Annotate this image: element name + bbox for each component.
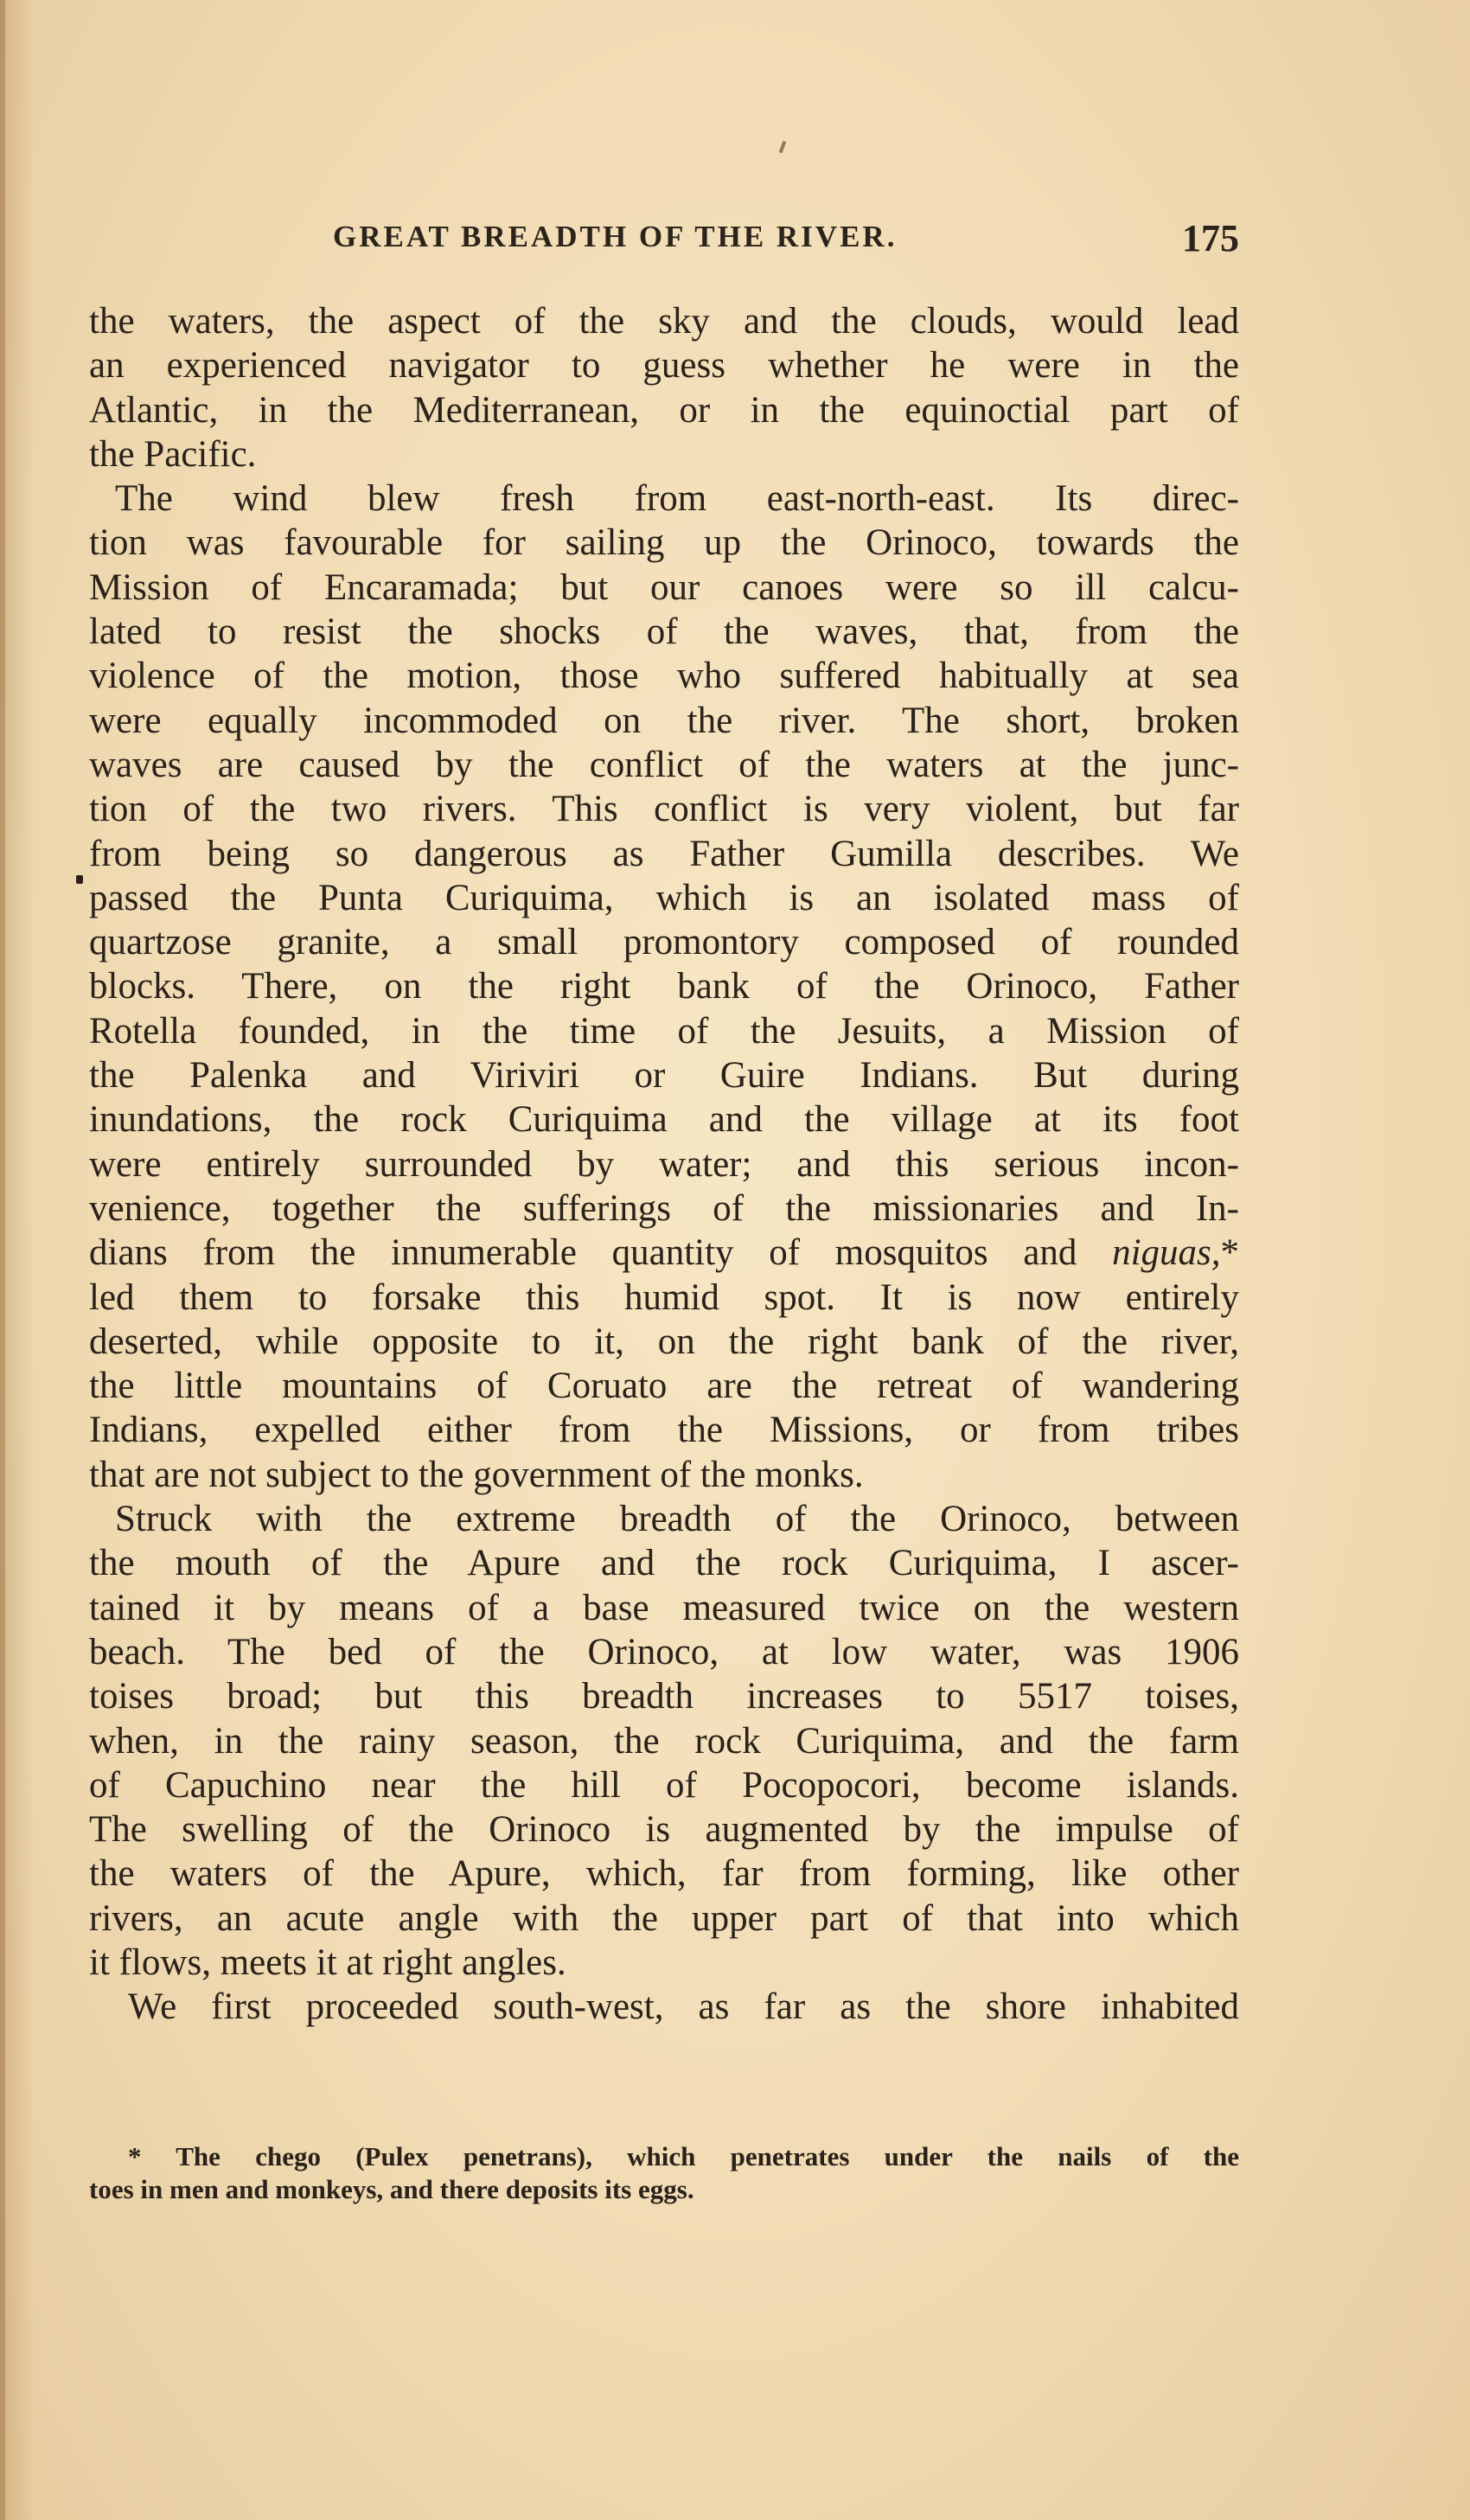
text-line: toises broad; but this breadth increases…	[89, 1674, 1239, 1718]
text-line: waves are caused by the conflict of the …	[89, 743, 1239, 787]
text-line: lated to resist the shocks of the waves,…	[89, 610, 1239, 654]
text-line: tained it by means of a base measured tw…	[89, 1586, 1239, 1630]
text-line: venience, together the sufferings of the…	[89, 1186, 1239, 1231]
text-line: rivers, an acute angle with the upper pa…	[89, 1896, 1239, 1941]
book-page: GREAT BREADTH OF THE RIVER. 175 the wate…	[0, 0, 1470, 2520]
text-line: were entirely surrounded by water; and t…	[89, 1142, 1239, 1186]
body-text: the waters, the aspect of the sky and th…	[89, 299, 1239, 2030]
text-line: passed the Punta Curiquima, which is an …	[89, 876, 1239, 920]
text-line: the mouth of the Apure and the rock Curi…	[89, 1541, 1239, 1585]
text-line: an experienced navigator to guess whethe…	[89, 343, 1239, 387]
italic-term: niguas,	[1112, 1232, 1220, 1273]
paragraph-start-line: Struck with the extreme breadth of the O…	[89, 1497, 1239, 1541]
footnote-line: * The chego (Pulex penetrans), which pen…	[89, 2140, 1239, 2173]
running-title: GREAT BREADTH OF THE RIVER.	[333, 220, 897, 254]
paper-blemish	[779, 141, 787, 154]
footnote-text: The chego (Pulex penetrans), which penet…	[176, 2141, 1239, 2171]
footnote-marker: *	[128, 2141, 142, 2171]
text-line: when, in the rainy season, the rock Curi…	[89, 1719, 1239, 1763]
text-line: from being so dangerous as Father Gumill…	[89, 832, 1239, 876]
page-gutter-shadow	[0, 0, 5, 2520]
text-line-with-italic: dians from the innumerable quantity of m…	[89, 1231, 1239, 1275]
text-line: blocks. There, on the right bank of the …	[89, 964, 1239, 1008]
margin-mark	[76, 875, 83, 884]
text-line: Indians, expelled either from the Missio…	[89, 1408, 1239, 1452]
footnote: * The chego (Pulex penetrans), which pen…	[89, 2140, 1239, 2206]
text-line: the little mountains of Coruato are the …	[89, 1364, 1239, 1408]
paragraph-start-line: We first proceeded south-west, as far as…	[89, 1985, 1239, 2029]
text-line: were equally incommoded on the river. Th…	[89, 699, 1239, 743]
text-line: it flows, meets it at right angles.	[89, 1941, 1239, 1985]
text-line: the Pacific.	[89, 432, 1239, 476]
text-line: inundations, the rock Curiquima and the …	[89, 1097, 1239, 1142]
text-line: the waters of the Apure, which, far from…	[89, 1852, 1239, 1896]
text-line: of Capuchino near the hill of Pocopocori…	[89, 1763, 1239, 1807]
footnote-line: toes in men and monkeys, and there depos…	[89, 2173, 1239, 2206]
text-line: tion was favourable for sailing up the O…	[89, 521, 1239, 565]
text-line: The swelling of the Orinoco is augmented…	[89, 1807, 1239, 1852]
running-head: GREAT BREADTH OF THE RIVER. 175	[89, 216, 1239, 259]
paragraph-start-line: The wind blew fresh from east-north-east…	[89, 476, 1239, 521]
text-segment: dians from the innumerable quantity of m…	[89, 1232, 1112, 1273]
text-line: the waters, the aspect of the sky and th…	[89, 299, 1239, 343]
text-line: deserted, while opposite to it, on the r…	[89, 1320, 1239, 1364]
page-number: 175	[1182, 216, 1239, 260]
text-line: the Palenka and Viriviri or Guire Indian…	[89, 1053, 1239, 1097]
text-line: violence of the motion, those who suffer…	[89, 654, 1239, 698]
text-line: Atlantic, in the Mediterranean, or in th…	[89, 388, 1239, 432]
footnote-reference: *	[1221, 1232, 1240, 1273]
text-line: Rotella founded, in the time of the Jesu…	[89, 1009, 1239, 1053]
text-line: that are not subject to the government o…	[89, 1453, 1239, 1497]
text-line: tion of the two rivers. This conflict is…	[89, 787, 1239, 831]
text-line: Mission of Encaramada; but our canoes we…	[89, 566, 1239, 610]
text-line: beach. The bed of the Orinoco, at low wa…	[89, 1630, 1239, 1674]
text-line: quartzose granite, a small promontory co…	[89, 920, 1239, 964]
text-line: led them to forsake this humid spot. It …	[89, 1276, 1239, 1320]
